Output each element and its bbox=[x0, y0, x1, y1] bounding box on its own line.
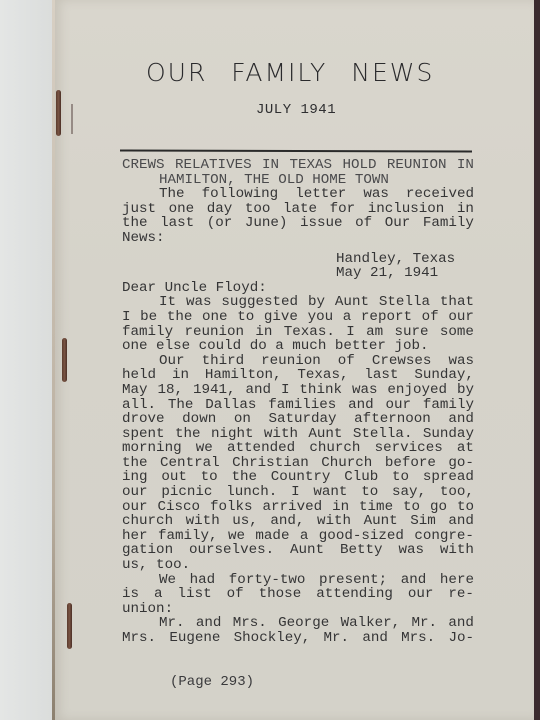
text-line: ourpicniclunch.Iwanttosay,too, bbox=[122, 485, 474, 500]
paragraph-4: Mr.andMrs.GeorgeWalker,Mr.andMrs.EugeneS… bbox=[122, 616, 474, 645]
staple-icon bbox=[62, 338, 67, 382]
text-line: OurthirdreunionofCrewseswas bbox=[122, 354, 474, 369]
letter-date: May 21, 1941 bbox=[122, 266, 474, 281]
headline-line: CREWSRELATIVESINTEXASHOLDREUNIONIN bbox=[122, 158, 474, 173]
headline-line: HAMILTON, THE OLD HOME TOWN bbox=[122, 173, 474, 188]
text-line: herfamily,wemadeagood-sizedcongre- bbox=[122, 529, 474, 544]
text-line: Thefollowingletterwasreceived bbox=[122, 187, 474, 202]
background-surface bbox=[0, 0, 56, 720]
staple-icon bbox=[67, 603, 72, 649]
staple-icon bbox=[56, 90, 61, 136]
right-edge-shadow bbox=[534, 0, 540, 720]
text-line: ingouttotheCountryClubtospread bbox=[122, 470, 474, 485]
paragraph-1: ItwassuggestedbyAuntStellathat Ibetheone… bbox=[122, 295, 474, 353]
ink-mark bbox=[71, 104, 73, 134]
letter-place: Handley, Texas bbox=[122, 252, 474, 267]
text-line: News: bbox=[122, 231, 474, 246]
text-line: us, too. bbox=[122, 558, 474, 573]
paragraph-3: Wehadforty-twopresent;andhereisalistofth… bbox=[122, 573, 474, 617]
text-line: union: bbox=[122, 602, 474, 617]
text-line: ourCiscofolksarrivedintimetogoto bbox=[122, 500, 474, 515]
text-line: ItwassuggestedbyAuntStellathat bbox=[122, 295, 474, 310]
page-number: (Page 293) bbox=[170, 674, 254, 690]
newsletter-title: OUR FAMILY NEWS bbox=[146, 58, 446, 87]
text-line: spentthenightwithAuntStella.Sunday bbox=[122, 427, 474, 442]
text-line: heldinHamilton,Texas,lastSunday, bbox=[122, 368, 474, 383]
article-headline: CREWSRELATIVESINTEXASHOLDREUNIONIN HAMIL… bbox=[122, 158, 474, 187]
text-line: Mr.andMrs.GeorgeWalker,Mr.and bbox=[122, 616, 474, 631]
text-line: thelast(orJune)issueofOurFamily bbox=[122, 216, 474, 231]
paragraph-2: OurthirdreunionofCrewseswasheldinHamilto… bbox=[122, 354, 474, 573]
text-line: familyreunioninTexas.Iamsuresome bbox=[122, 325, 474, 340]
issue-date: JULY 1941 bbox=[256, 102, 336, 118]
text-line: gationourselves.AuntBettywaswith bbox=[122, 543, 474, 558]
text-line: isalistofthoseattendingourre- bbox=[122, 587, 474, 602]
intro-paragraph: Thefollowingletterwasreceived justoneday… bbox=[122, 187, 474, 245]
text-line: Ibetheonetogiveyouareportofour bbox=[122, 310, 474, 325]
text-line: one else could do a much better job. bbox=[122, 339, 474, 354]
text-line: drovedownonSaturdayafternoonand bbox=[122, 412, 474, 427]
text-line: all.TheDallasfamiliesandourfamily bbox=[122, 398, 474, 413]
page-edge bbox=[52, 0, 55, 720]
text-line: Mrs.EugeneShockley,Mr.andMrs.Jo- bbox=[122, 631, 474, 646]
text-line: May18,1941,andIthinkwasenjoyedby bbox=[122, 383, 474, 398]
text-line: justonedaytoolateforinclusionin bbox=[122, 202, 474, 217]
article-body: CREWSRELATIVESINTEXASHOLDREUNIONIN HAMIL… bbox=[122, 158, 474, 646]
text-line: churchwithus,and,withAuntSimand bbox=[122, 514, 474, 529]
salutation: Dear Uncle Floyd: bbox=[122, 281, 474, 296]
text-line: morningweattendedchurchservicesat bbox=[122, 441, 474, 456]
text-line: Wehadforty-twopresent;andhere bbox=[122, 573, 474, 588]
text-line: theCentralChristianChurchbeforego- bbox=[122, 456, 474, 471]
